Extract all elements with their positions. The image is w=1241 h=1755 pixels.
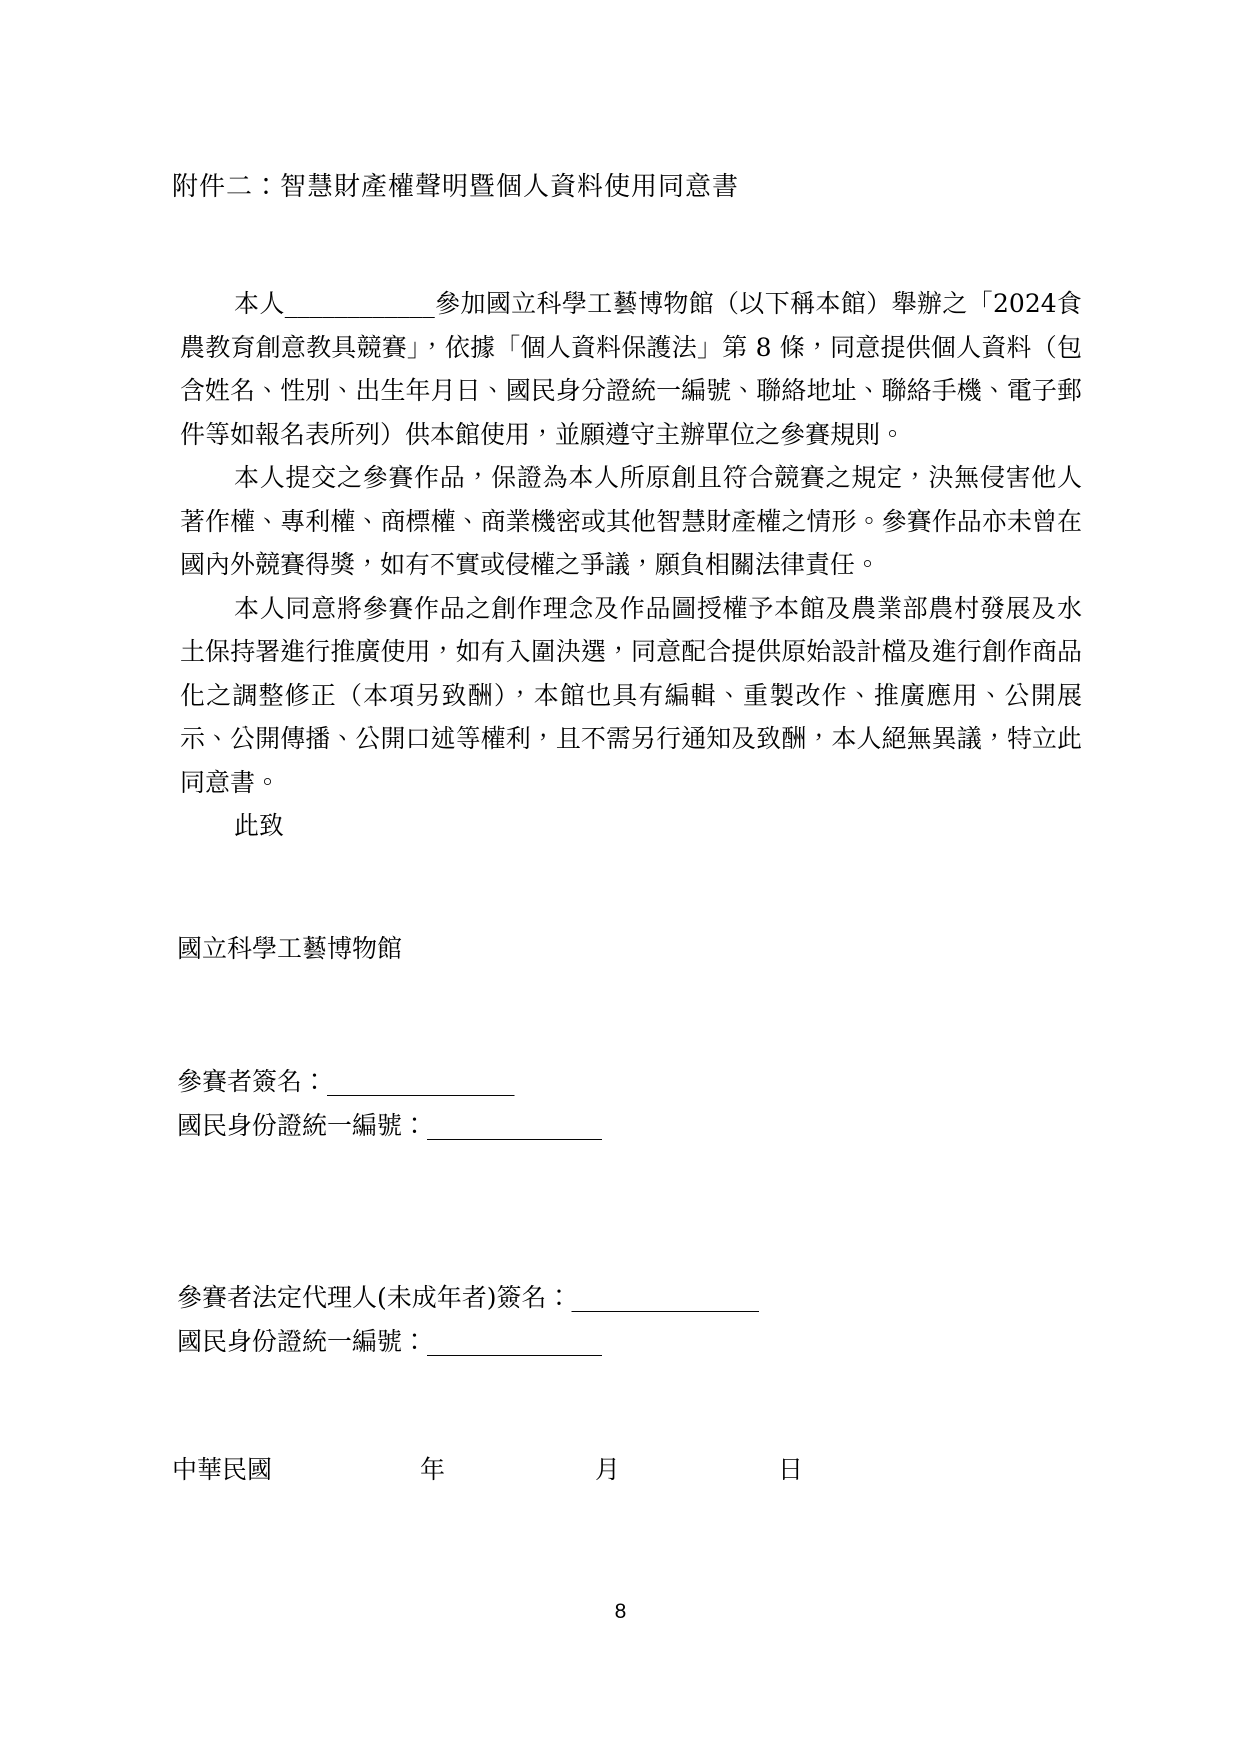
guardian-id-line: 國民身份證統一編號：______________ [177,1320,759,1364]
participant-signature-label: 參賽者簽名： [177,1067,327,1096]
recipient-name: 國立科學工藝博物館 [177,927,402,971]
participant-id-blank: ______________ [427,1111,602,1140]
document-body: 本人____________參加國立科學工藝博物館（以下稱本館）舉辦之「2024… [180,282,1082,848]
paragraph-license: 本人同意將參賽作品之創作理念及作品圖授權予本館及農業部農村發展及水土保持署進行推… [180,587,1082,805]
guardian-signature-label: 參賽者法定代理人(未成年者)簽名： [177,1283,572,1312]
intro-prefix: 本人 [234,289,285,318]
page-number: 8 [0,1600,1241,1624]
guardian-signature-line: 參賽者法定代理人(未成年者)簽名：_______________ [177,1276,759,1320]
document-page: 附件二：智慧財產權聲明暨個人資料使用同意書 本人____________參加國立… [0,0,1241,1755]
guardian-signature-blank: _______________ [572,1283,760,1312]
closing-salutation: 此致 [180,804,1082,848]
participant-id-line: 國民身份證統一編號：______________ [177,1104,602,1148]
date-day-label: 日 [778,1448,803,1492]
date-era-label: 中華民國 [172,1448,272,1492]
guardian-id-blank: ______________ [427,1327,602,1356]
participant-id-label: 國民身份證統一編號： [177,1111,427,1140]
page-title: 附件二：智慧財產權聲明暨個人資料使用同意書 [172,166,739,203]
date-line: 中華民國 年 月 日 [0,1448,1241,1492]
participant-signature-block: 參賽者簽名：_______________ 國民身份證統一編號：________… [177,1060,602,1147]
date-year-label: 年 [420,1448,445,1492]
participant-signature-blank: _______________ [327,1067,515,1096]
guardian-id-label: 國民身份證統一編號： [177,1327,427,1356]
participant-name-blank: ____________ [285,289,435,318]
date-month-label: 月 [595,1448,620,1492]
paragraph-intro: 本人____________參加國立科學工藝博物館（以下稱本館）舉辦之「2024… [180,282,1082,456]
guardian-signature-block: 參賽者法定代理人(未成年者)簽名：_______________ 國民身份證統一… [177,1276,759,1363]
participant-signature-line: 參賽者簽名：_______________ [177,1060,602,1104]
paragraph-originality: 本人提交之參賽作品，保證為本人所原創且符合競賽之規定，決無侵害他人著作權、專利權… [180,456,1082,587]
